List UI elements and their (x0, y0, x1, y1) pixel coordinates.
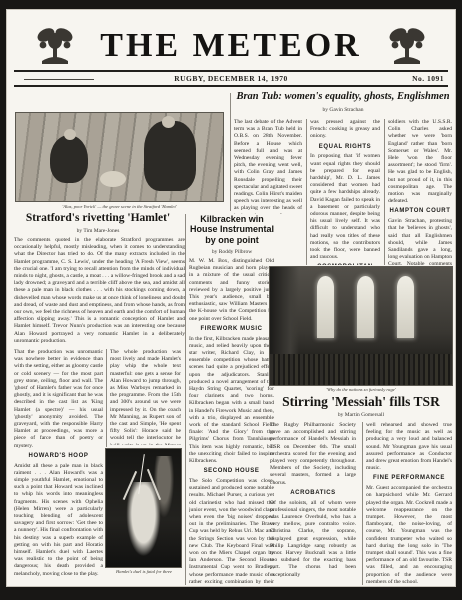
paragraph: Of the soloists, all of whom were profes… (270, 500, 356, 579)
stratford-column-b: The whole production was most lively and… (110, 349, 181, 445)
tsr-interior-photo (270, 267, 452, 385)
messiah-column-1: The Rugby Philharmonic Society gave an a… (270, 422, 356, 585)
column-rule (384, 119, 385, 265)
messiah-column-2: well rehearsed and showed true feeling f… (366, 422, 452, 585)
column-rule (362, 422, 363, 585)
stratford-byline: by Tim Mare-Jones (12, 228, 184, 234)
hamlet-duel-photo (106, 449, 181, 567)
newspaper-page: THE METEOR RUGBY, DECEMBER 14, 1970 No. … (6, 9, 456, 587)
photo-caption: 'Alas, poor Yorick' — the grave scene in… (16, 204, 223, 209)
subhead-equal-rights: EQUAL RIGHTS (310, 144, 380, 152)
brantub-headline: Bran Tub: women's equality, ghosts, Engl… (234, 91, 452, 102)
paragraph: The Solo Competition was close, sustaine… (189, 478, 274, 585)
subhead-fine-performance: FINE PERFORMANCE (366, 475, 452, 483)
paragraph: was pressed against the French: cooking … (310, 119, 380, 141)
issue-number: No. 1091 (412, 74, 444, 83)
column-rule (106, 349, 107, 447)
messiah-byline: by Martin Gomersall (270, 412, 452, 418)
paragraph: M. W. M. Box, distinguished Old Rugbeian… (189, 258, 274, 323)
actor-figure (144, 121, 196, 191)
window (317, 276, 333, 337)
column-rule (230, 93, 231, 211)
paragraph: Amidst all these a pale man in black rai… (14, 463, 103, 578)
photo-caption: 'Why do the nations so furiously rage' (270, 387, 452, 392)
paragraph: The Rugby Philharmonic Society gave an a… (270, 422, 356, 487)
brantub-byline: by Gavin Strachan (234, 107, 452, 113)
paragraph: The whole production was most lively and… (110, 349, 181, 445)
paragraph: That the production was unromantic was n… (14, 349, 103, 450)
actor-head (64, 129, 76, 140)
window (357, 276, 373, 337)
brantub-column-1: The last debate of the Advent term was a… (234, 119, 302, 214)
brantub-column-3: soldiers with the U.S.S.R. Colin Charles… (388, 119, 452, 265)
masthead-rule-bottom (14, 85, 448, 87)
skull-prop (100, 171, 126, 187)
crest-icon (384, 25, 430, 65)
paragraph: Gavin Strachan, protesting that he 'beli… (388, 218, 452, 265)
subhead-cosmopolitan: COSMOPOLITAN (310, 264, 380, 265)
subhead-howards-hoop: HOWARD'S HOOP (14, 453, 103, 461)
actor-head (162, 116, 175, 128)
column-rule (185, 214, 186, 585)
subhead-firework-music: FIREWORK MUSIC (189, 326, 274, 334)
paragraph: well rehearsed and showed true feeling f… (366, 422, 452, 472)
paragraph: In proposing that 'if women want equal r… (310, 153, 380, 261)
kilbracken-headline: Kilbracken win House Instrumental by one… (188, 214, 276, 245)
paragraph: The comments quoted in the elaborate Str… (14, 237, 185, 345)
stratford-column-a: That the production was unromantic was n… (14, 349, 103, 585)
subhead-hampton-court: HAMPTON COURT (388, 208, 452, 216)
paragraph: soldiers with the U.S.S.R. Colin Charles… (388, 119, 452, 205)
actor-figure (50, 135, 88, 183)
dateline-row: RUGBY, DECEMBER 14, 1970 No. 1091 (14, 71, 448, 84)
column-rule (306, 119, 307, 265)
stratford-lead: The comments quoted in the elaborate Str… (14, 237, 185, 345)
window (397, 276, 413, 337)
kilbracken-byline: by Roddy Pilbrow (188, 249, 276, 255)
subhead-second-house: SECOND HOUSE (189, 468, 274, 476)
paragraph: The last debate of the Advent term was a… (234, 119, 302, 214)
photo-caption: Hamlet's duel is fatal for three (104, 569, 184, 574)
paragraph: In the first, Kilbracken made pleasant m… (189, 336, 274, 466)
paragraph: Mr. Guest accompanied the orchestra on h… (366, 485, 452, 585)
subhead-acrobatics: ACROBATICS (270, 490, 356, 498)
dateline: RUGBY, DECEMBER 14, 1970 (14, 74, 448, 83)
kilbracken-article: M. W. M. Box, distinguished Old Rugbeian… (189, 258, 274, 585)
brantub-column-2: was pressed against the French: cooking … (310, 119, 380, 265)
stratford-headline: Stratford's rivetting 'Hamlet' (12, 212, 184, 224)
messiah-headline: Stirring 'Messiah' fills TSR (270, 394, 452, 410)
audience-crowd (270, 354, 452, 385)
hamlet-grave-scene-photo (16, 113, 223, 201)
